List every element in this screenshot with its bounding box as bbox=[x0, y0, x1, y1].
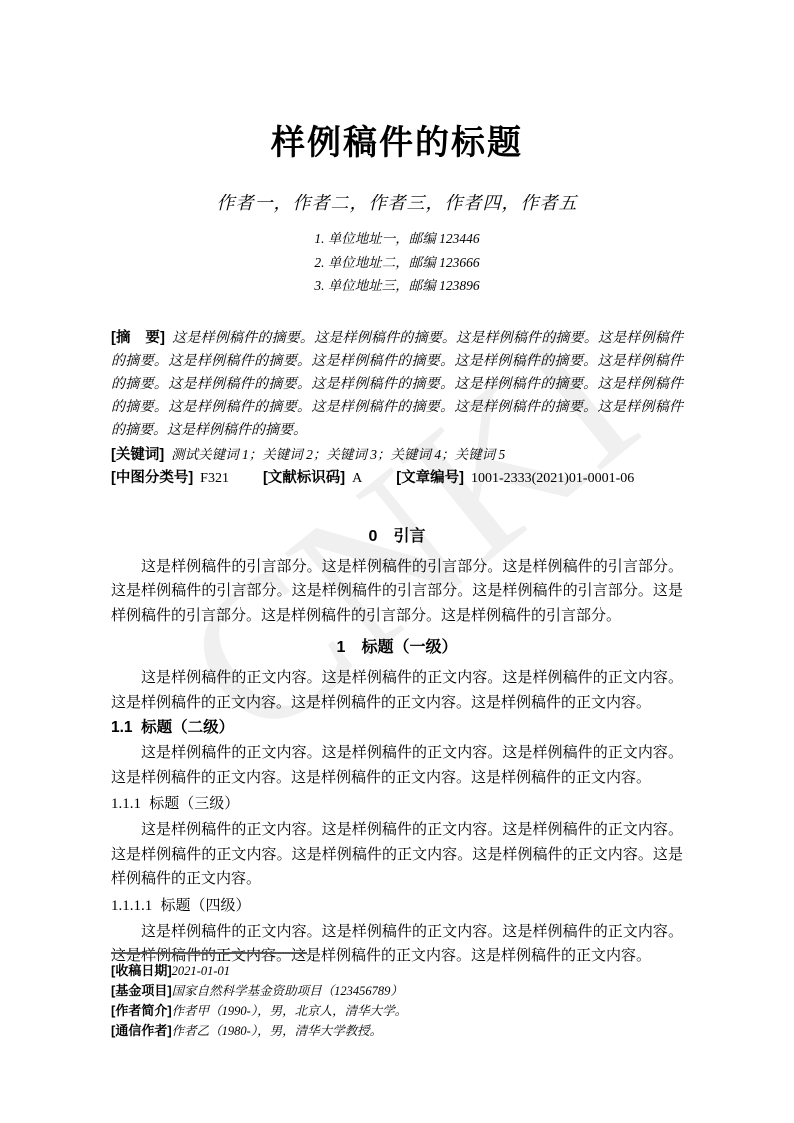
affiliation-line: 3. 单位地址三，邮编 123896 bbox=[111, 274, 683, 298]
doc-code-label: [文献标识码] bbox=[263, 470, 345, 486]
section-1-1-1-paragraph: 这是样例稿件的正文内容。这是样例稿件的正文内容。这是样例稿件的正文内容。这是样例… bbox=[111, 818, 683, 892]
received-date-value: 2021-01-01 bbox=[172, 964, 230, 978]
fund-project-label: [基金项目] bbox=[111, 983, 172, 998]
section-heading-1-1-1: 1.1.1标题（三级） bbox=[111, 793, 683, 816]
article-id-label: [文章编号] bbox=[396, 470, 464, 486]
author-bio-value: 作者甲（1990-），男，北京人，清华大学。 bbox=[172, 1004, 407, 1018]
received-date-label: [收稿日期] bbox=[111, 963, 172, 978]
footnote-area: [收稿日期]2021-01-01 [基金项目]国家自然科学基金资助项目（1234… bbox=[111, 952, 683, 1041]
intro-paragraph: 这是样例稿件的引言部分。这是样例稿件的引言部分。这是样例稿件的引言部分。这是样例… bbox=[111, 555, 683, 629]
section-title: 标题（四级） bbox=[161, 898, 251, 914]
doc-code-pair: [文献标识码]A bbox=[263, 471, 362, 486]
paper-title: 样例稿件的标题 bbox=[111, 122, 683, 166]
corresponding-author-value: 作者乙（1980-），男，清华大学教授。 bbox=[172, 1024, 382, 1038]
section-1-paragraph: 这是样例稿件的正文内容。这是样例稿件的正文内容。这是样例稿件的正文内容。这是样例… bbox=[111, 666, 683, 715]
section-heading-1: 1标题（一级） bbox=[111, 637, 683, 659]
abstract-text: 这是样例稿件的摘要。这是样例稿件的摘要。这是样例稿件的摘要。这是样例稿件的摘要。… bbox=[111, 331, 683, 439]
footnote-divider bbox=[111, 952, 307, 954]
clc-pair: [中图分类号]F321 bbox=[111, 471, 229, 486]
keywords-line: [关键词]测试关键词 1；关键词 2；关键词 3；关键词 4；关键词 5 bbox=[111, 444, 683, 466]
corresponding-author-row: [通信作者]作者乙（1980-），男，清华大学教授。 bbox=[111, 1021, 683, 1041]
author-bio-label: [作者简介] bbox=[111, 1003, 172, 1018]
document-page: CNKI 样例稿件的标题 作者一，作者二，作者三，作者四，作者五 1. 单位地址… bbox=[0, 0, 794, 1123]
author-bio-row: [作者简介]作者甲（1990-），男，北京人，清华大学。 bbox=[111, 1001, 683, 1021]
received-date-row: [收稿日期]2021-01-01 bbox=[111, 961, 683, 981]
section-title: 标题（一级） bbox=[361, 639, 457, 656]
section-number: 1.1 bbox=[111, 719, 133, 736]
section-heading-1-1: 1.1标题（二级） bbox=[111, 716, 683, 739]
section-number: 1 bbox=[337, 639, 346, 656]
abstract-label: [摘 要] bbox=[111, 330, 165, 346]
authors-line: 作者一，作者二，作者三，作者四，作者五 bbox=[111, 190, 683, 216]
corresponding-author-label: [通信作者] bbox=[111, 1023, 172, 1038]
affiliation-line: 2. 单位地址二，邮编 123666 bbox=[111, 251, 683, 275]
section-number: 1.1.1.1 bbox=[111, 898, 152, 914]
section-heading-1-1-1-1: 1.1.1.1标题（四级） bbox=[111, 895, 683, 918]
doc-code-value: A bbox=[352, 471, 362, 486]
classification-line: [中图分类号]F321[文献标识码]A[文章编号]1001-2333(2021)… bbox=[111, 467, 683, 490]
abstract-paragraph: [摘 要]这是样例稿件的摘要。这是样例稿件的摘要。这是样例稿件的摘要。这是样例稿… bbox=[111, 327, 683, 443]
keywords-label: [关键词] bbox=[111, 447, 164, 463]
section-title: 标题（二级） bbox=[141, 719, 234, 736]
section-title: 引言 bbox=[393, 528, 425, 545]
clc-value: F321 bbox=[200, 471, 229, 486]
section-number: 0 bbox=[369, 528, 378, 545]
clc-label: [中图分类号] bbox=[111, 470, 193, 486]
article-id-pair: [文章编号]1001-2333(2021)01-0001-06 bbox=[396, 471, 634, 486]
fund-project-row: [基金项目]国家自然科学基金资助项目（123456789） bbox=[111, 981, 683, 1001]
document-content: 样例稿件的标题 作者一，作者二，作者三，作者四，作者五 1. 单位地址一，邮编 … bbox=[0, 122, 794, 969]
section-1-1-paragraph: 这是样例稿件的正文内容。这是样例稿件的正文内容。这是样例稿件的正文内容。这是样例… bbox=[111, 741, 683, 790]
affiliation-line: 1. 单位地址一，邮编 123446 bbox=[111, 227, 683, 251]
fund-project-value: 国家自然科学基金资助项目（123456789） bbox=[172, 984, 403, 998]
keywords-text: 测试关键词 1；关键词 2；关键词 3；关键词 4；关键词 5 bbox=[171, 447, 505, 462]
section-number: 1.1.1 bbox=[111, 796, 141, 812]
section-heading-intro: 0引言 bbox=[111, 526, 683, 548]
section-title: 标题（三级） bbox=[149, 796, 239, 812]
affiliations-block: 1. 单位地址一，邮编 123446 2. 单位地址二，邮编 123666 3.… bbox=[111, 227, 683, 298]
article-id-value: 1001-2333(2021)01-0001-06 bbox=[471, 471, 634, 486]
